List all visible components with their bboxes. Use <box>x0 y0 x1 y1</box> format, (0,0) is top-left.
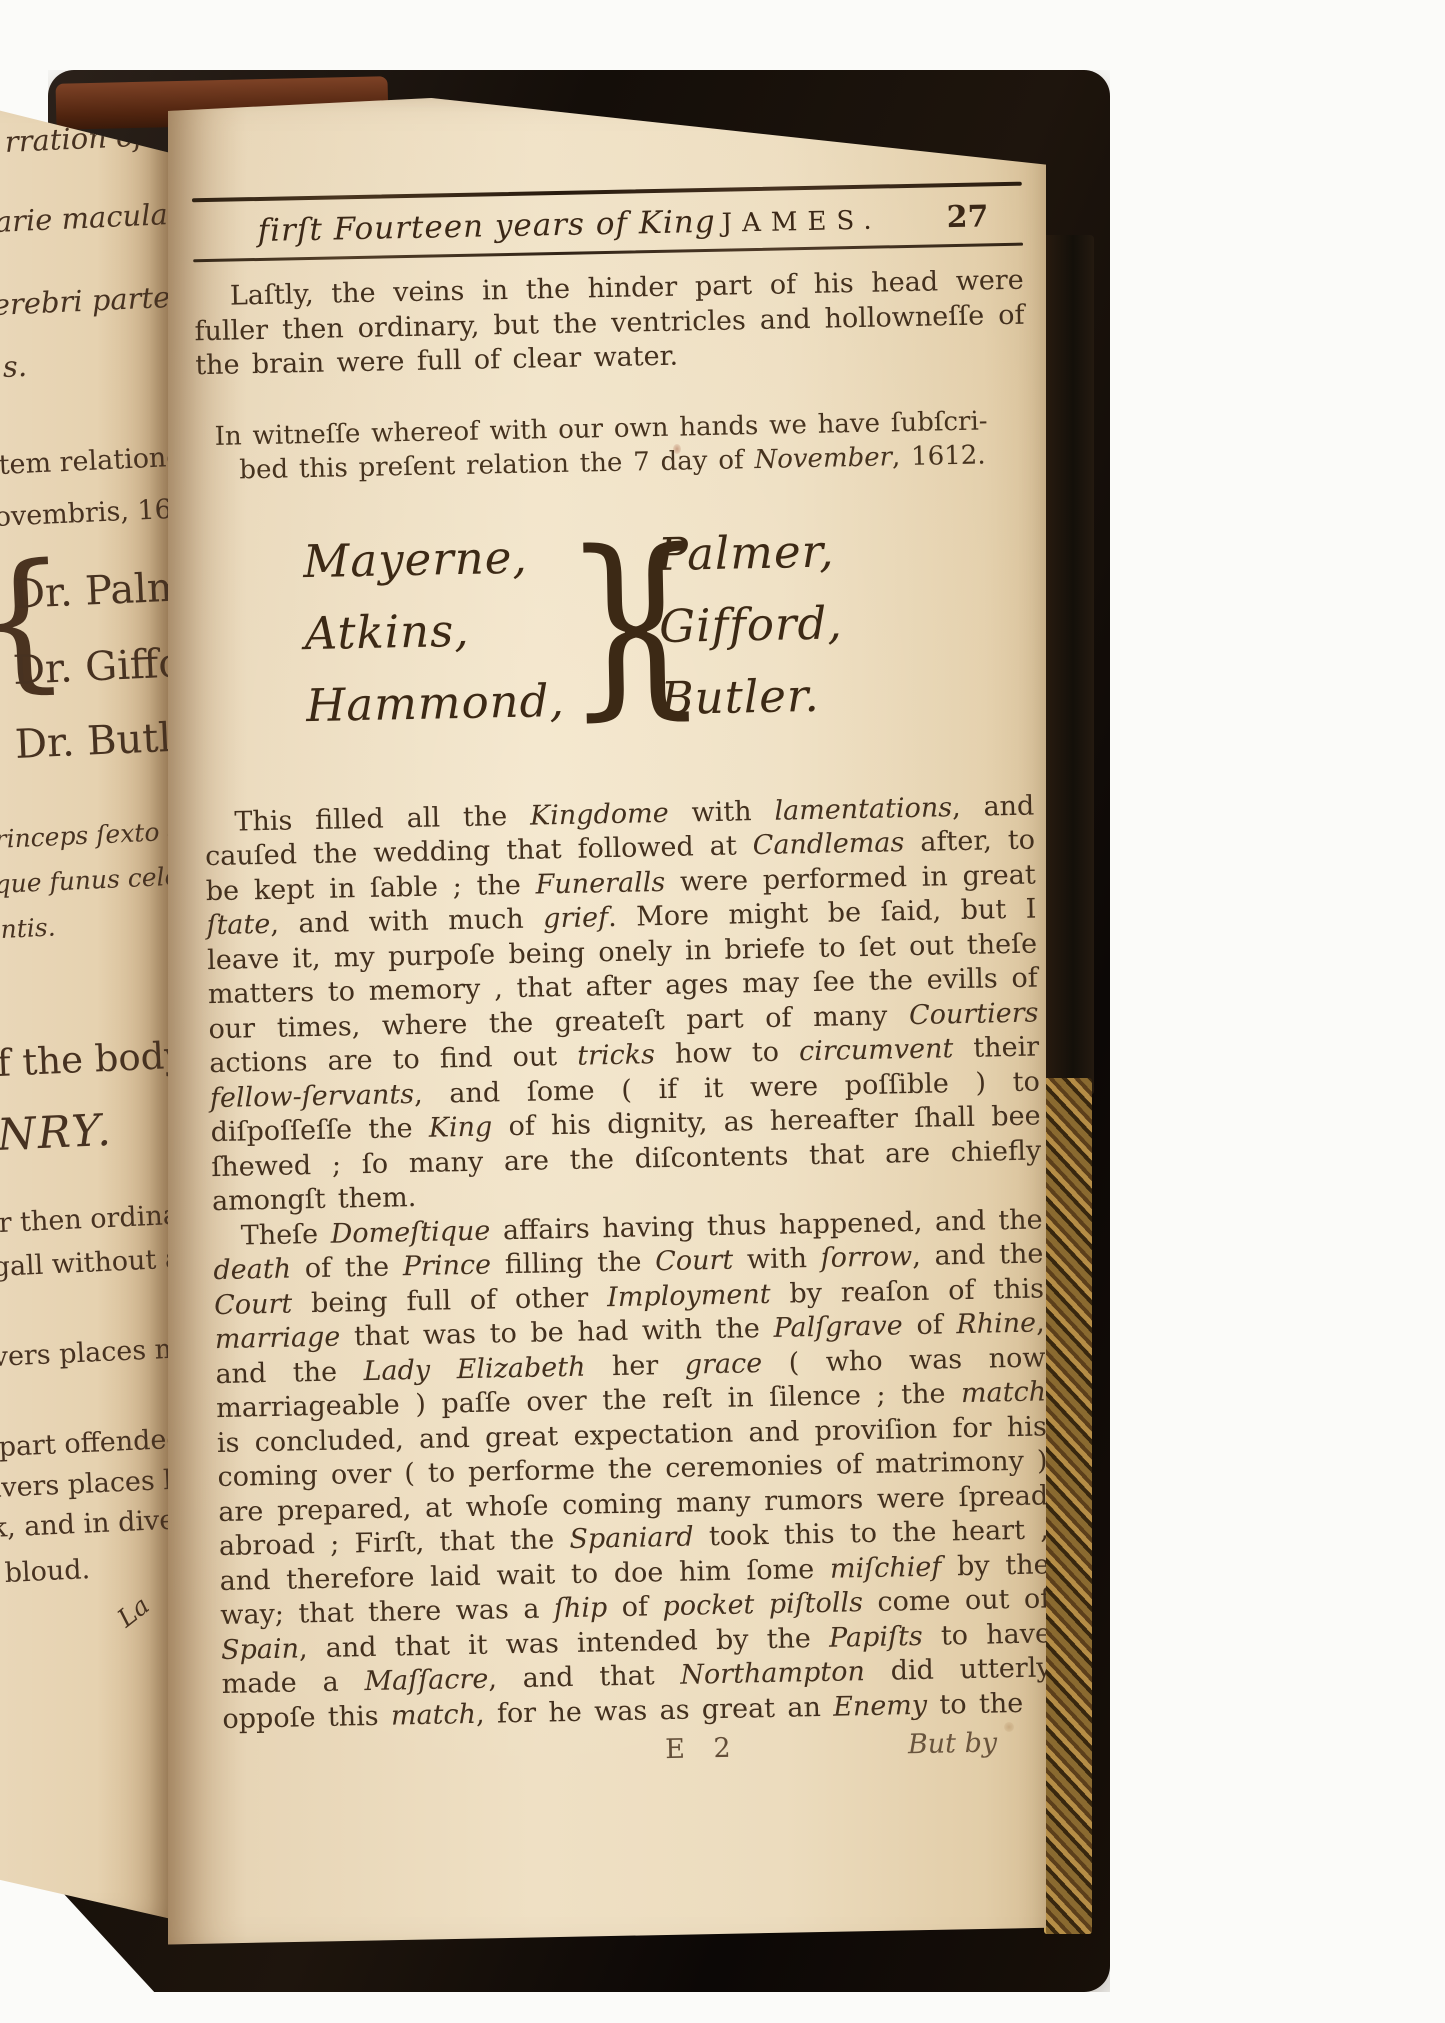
left-page-doctor-name: Dr. Gifford, <box>12 638 176 694</box>
running-title-caps: JAMES. <box>721 205 882 238</box>
left-page-fragment: bloud. <box>4 1554 91 1589</box>
right-page: firſt Fourteen years of KingJAMES. 27 La… <box>168 98 1046 1950</box>
double-brace: } { <box>561 519 657 737</box>
page-text-block: firſt Fourteen years of KingJAMES. 27 La… <box>190 90 1053 1774</box>
signatory-name: Hammond, <box>305 664 565 741</box>
witness-paragraph: In witneſſe whereof with our own hands w… <box>196 403 1027 488</box>
left-page-fragment: ovembris, 1612. <box>0 492 176 533</box>
left-page-fragment: gall without any cl <box>0 1241 176 1283</box>
left-page-fragment: ivers places black, <box>0 1462 176 1504</box>
signatories-block: Mayerne, Atkins, Hammond, } { Palmer, Gi… <box>303 511 1033 742</box>
left-page-fragment: erebri parte pleniores; <box>0 273 176 322</box>
running-title-italic: firſt Fourteen years of King <box>257 204 716 249</box>
signature-mark: E 2 <box>665 1733 741 1766</box>
left-page-fragment: vers places more th <box>0 1330 176 1373</box>
left-page-fragment: part offended. <box>0 1423 176 1463</box>
paragraph-lastly: Laſtly, the veins in the hinder part of … <box>194 264 1026 384</box>
left-page-catchword-fragment: La <box>112 1591 155 1633</box>
left-page-fragment: que funus celebratum <box>0 857 176 899</box>
left-page-fragment: NRY. <box>0 1105 114 1161</box>
page-number: 27 <box>946 199 988 235</box>
left-page-fragment: tem relationem manu <box>0 437 176 481</box>
left-page-fragment: k, and in divers pla <box>0 1501 176 1544</box>
paragraph-domestique: Theſe Domeſtique affairs having thus hap… <box>212 1203 1052 1737</box>
left-page-fragment: ntis. <box>0 913 56 944</box>
left-page-fragment: r then ordinary, in <box>0 1197 176 1239</box>
left-page-fragment: arie maculatos & ich <box>0 191 176 239</box>
left-page-fragment: f the body of <box>0 1031 176 1085</box>
opening-brace-glyph: { <box>602 514 709 732</box>
signatory-name: Mayerne, <box>303 520 563 597</box>
cover-fore-edge <box>1042 235 1094 1095</box>
left-page: rration of the arie maculatos & ich ereb… <box>0 96 176 1920</box>
running-title: firſt Fourteen years of KingJAMES. <box>192 199 947 250</box>
signatories-left-column: Mayerne, Atkins, Hammond, <box>303 520 566 741</box>
catchword: But by <box>908 1727 998 1760</box>
book-photograph: rration of the arie maculatos & ich ereb… <box>0 0 1445 2023</box>
left-page-doctor-name: Dr. Palmer, <box>12 562 176 618</box>
left-page-doctor-name: Dr. Butler. <box>14 713 176 768</box>
gilt-fore-edge <box>1044 1078 1092 1934</box>
left-page-fragment: rinceps ſexto die Nov <box>0 813 176 854</box>
left-page-fragment: s. <box>2 349 28 384</box>
page-header: firſt Fourteen years of KingJAMES. 27 <box>192 198 1023 251</box>
paragraph-this-filled: This filled all the Kingdome with lament… <box>204 789 1042 1220</box>
signatory-name: Atkins, <box>304 592 564 669</box>
